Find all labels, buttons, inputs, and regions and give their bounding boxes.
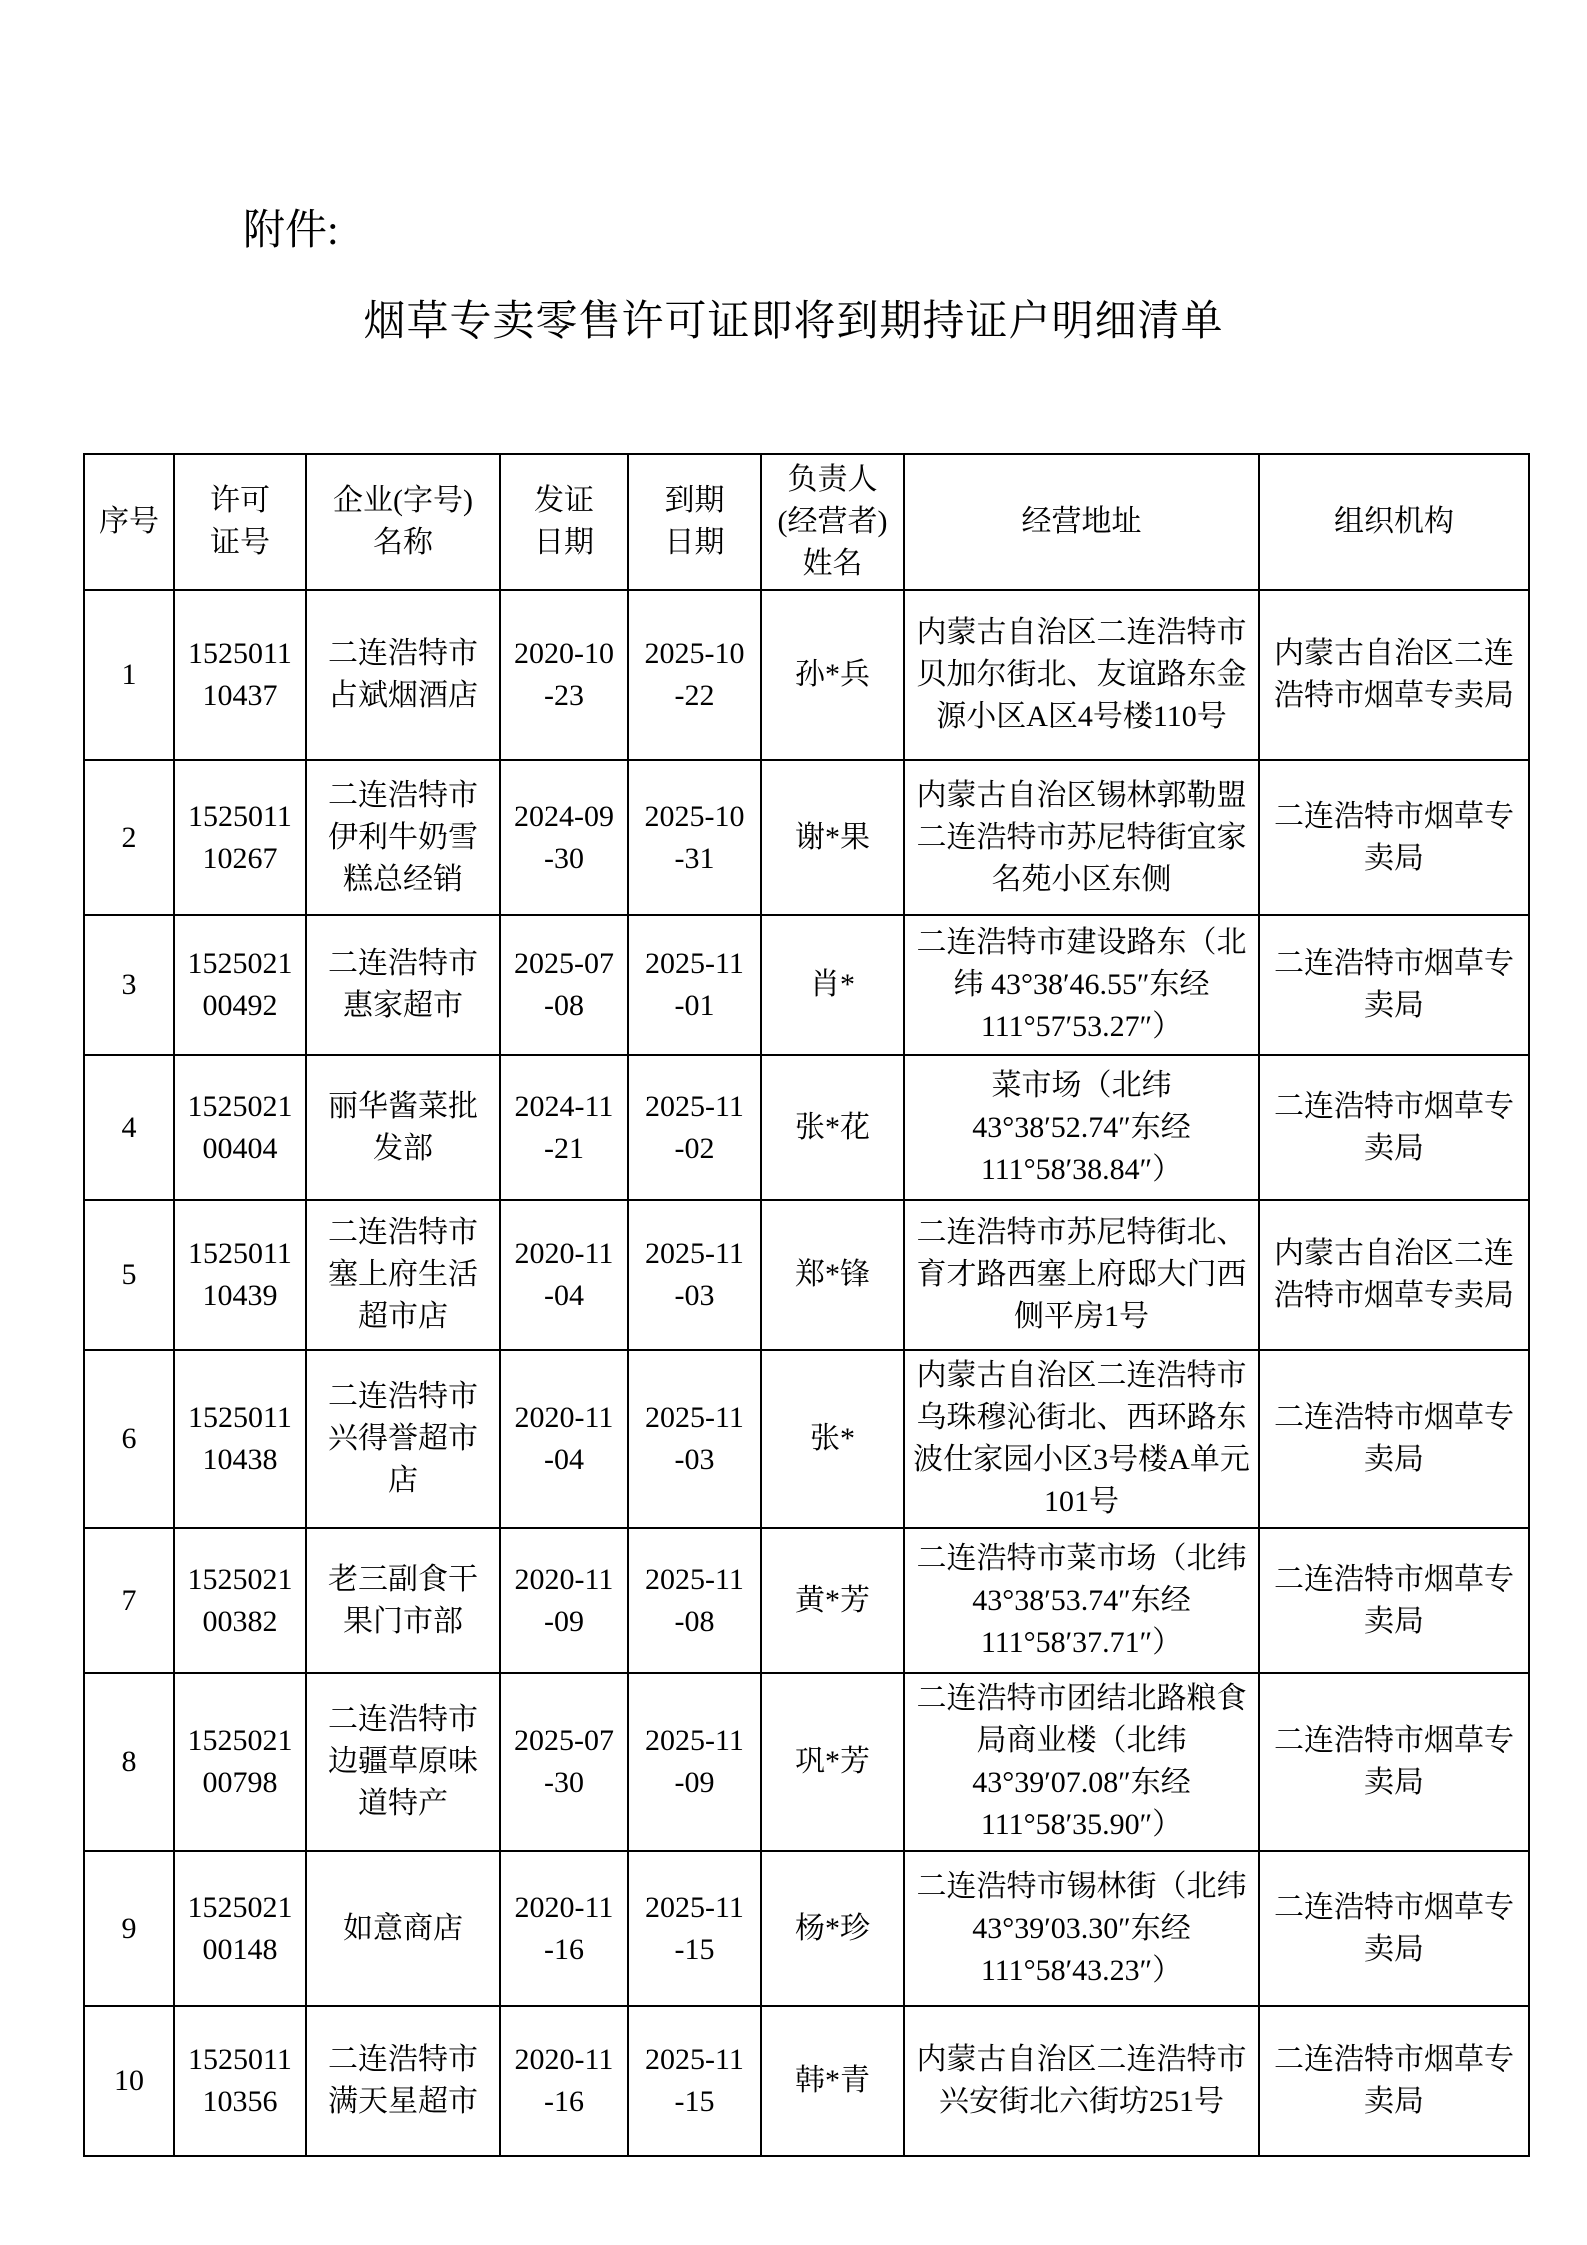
col-header-address: 经营地址 bbox=[904, 454, 1259, 590]
cell-license: 1525021 00798 bbox=[174, 1673, 306, 1851]
cell-expiry_date: 2025-11 -15 bbox=[628, 1851, 761, 2006]
cell-org: 二连浩特市烟草专卖局 bbox=[1259, 1055, 1529, 1200]
cell-org: 二连浩特市烟草专卖局 bbox=[1259, 915, 1529, 1055]
cell-issue_date: 2020-11 -09 bbox=[500, 1528, 628, 1673]
cell-org: 二连浩特市烟草专卖局 bbox=[1259, 1851, 1529, 2006]
cell-seq: 1 bbox=[84, 590, 174, 760]
table-row: 81525021 00798二连浩特市边疆草原味道特产2025-07 -3020… bbox=[84, 1673, 1529, 1851]
cell-license: 1525021 00404 bbox=[174, 1055, 306, 1200]
cell-address: 二连浩特市建设路东（北纬 43°38′46.55″东经 111°57′53.27… bbox=[904, 915, 1259, 1055]
cell-address: 二连浩特市苏尼特街北、育才路西塞上府邸大门西侧平房1号 bbox=[904, 1200, 1259, 1350]
cell-issue_date: 2020-11 -04 bbox=[500, 1350, 628, 1528]
cell-seq: 9 bbox=[84, 1851, 174, 2006]
cell-seq: 4 bbox=[84, 1055, 174, 1200]
cell-name: 老三副食干果门市部 bbox=[306, 1528, 500, 1673]
cell-name: 二连浩特市兴得誉超市店 bbox=[306, 1350, 500, 1528]
col-header-issue_date: 发证 日期 bbox=[500, 454, 628, 590]
cell-license: 1525011 10439 bbox=[174, 1200, 306, 1350]
cell-manager: 孙*兵 bbox=[761, 590, 904, 760]
cell-seq: 8 bbox=[84, 1673, 174, 1851]
cell-address: 菜市场（北纬 43°38′52.74″东经 111°58′38.84″） bbox=[904, 1055, 1259, 1200]
cell-manager: 巩*芳 bbox=[761, 1673, 904, 1851]
license-table: 序号许可 证号企业(字号) 名称发证 日期到期 日期负责人 (经营者) 姓名经营… bbox=[83, 453, 1530, 2157]
table-row: 91525021 00148如意商店2020-11 -162025-11 -15… bbox=[84, 1851, 1529, 2006]
col-header-org: 组织机构 bbox=[1259, 454, 1529, 590]
cell-seq: 7 bbox=[84, 1528, 174, 1673]
table-row: 41525021 00404丽华酱菜批发部2024-11 -212025-11 … bbox=[84, 1055, 1529, 1200]
table-row: 51525011 10439二连浩特市塞上府生活超市店2020-11 -0420… bbox=[84, 1200, 1529, 1350]
cell-manager: 黄*芳 bbox=[761, 1528, 904, 1673]
cell-license: 1525011 10438 bbox=[174, 1350, 306, 1528]
cell-expiry_date: 2025-11 -08 bbox=[628, 1528, 761, 1673]
cell-issue_date: 2025-07 -30 bbox=[500, 1673, 628, 1851]
table-row: 11525011 10437二连浩特市占斌烟酒店2020-10 -232025-… bbox=[84, 590, 1529, 760]
cell-manager: 郑*锋 bbox=[761, 1200, 904, 1350]
cell-name: 丽华酱菜批发部 bbox=[306, 1055, 500, 1200]
cell-license: 1525021 00148 bbox=[174, 1851, 306, 2006]
cell-expiry_date: 2025-11 -03 bbox=[628, 1350, 761, 1528]
cell-expiry_date: 2025-11 -03 bbox=[628, 1200, 761, 1350]
cell-seq: 2 bbox=[84, 760, 174, 915]
page-title: 烟草专卖零售许可证即将到期持证户明细清单 bbox=[0, 288, 1587, 348]
cell-seq: 3 bbox=[84, 915, 174, 1055]
cell-license: 1525011 10356 bbox=[174, 2006, 306, 2156]
cell-issue_date: 2020-11 -04 bbox=[500, 1200, 628, 1350]
table-header-row: 序号许可 证号企业(字号) 名称发证 日期到期 日期负责人 (经营者) 姓名经营… bbox=[84, 454, 1529, 590]
col-header-manager: 负责人 (经营者) 姓名 bbox=[761, 454, 904, 590]
cell-seq: 6 bbox=[84, 1350, 174, 1528]
col-header-expiry_date: 到期 日期 bbox=[628, 454, 761, 590]
cell-org: 内蒙古自治区二连浩特市烟草专卖局 bbox=[1259, 590, 1529, 760]
cell-manager: 张* bbox=[761, 1350, 904, 1528]
cell-seq: 5 bbox=[84, 1200, 174, 1350]
cell-issue_date: 2024-11 -21 bbox=[500, 1055, 628, 1200]
table-row: 21525011 10267二连浩特市伊利牛奶雪糕总经销2024-09 -302… bbox=[84, 760, 1529, 915]
cell-address: 内蒙古自治区二连浩特市乌珠穆沁街北、西环路东波仕家园小区3号楼A单元101号 bbox=[904, 1350, 1259, 1528]
table-row: 31525021 00492二连浩特市惠家超市2025-07 -082025-1… bbox=[84, 915, 1529, 1055]
cell-issue_date: 2020-11 -16 bbox=[500, 2006, 628, 2156]
cell-address: 二连浩特市锡林街（北纬 43°39′03.30″东经 111°58′43.23″… bbox=[904, 1851, 1259, 2006]
cell-issue_date: 2020-11 -16 bbox=[500, 1851, 628, 2006]
cell-name: 二连浩特市占斌烟酒店 bbox=[306, 590, 500, 760]
cell-name: 二连浩特市惠家超市 bbox=[306, 915, 500, 1055]
cell-manager: 谢*果 bbox=[761, 760, 904, 915]
cell-issue_date: 2025-07 -08 bbox=[500, 915, 628, 1055]
cell-issue_date: 2020-10 -23 bbox=[500, 590, 628, 760]
cell-manager: 张*花 bbox=[761, 1055, 904, 1200]
cell-manager: 韩*青 bbox=[761, 2006, 904, 2156]
cell-address: 内蒙古自治区二连浩特市兴安街北六街坊251号 bbox=[904, 2006, 1259, 2156]
cell-issue_date: 2024-09 -30 bbox=[500, 760, 628, 915]
cell-org: 二连浩特市烟草专卖局 bbox=[1259, 1673, 1529, 1851]
table-row: 71525021 00382老三副食干果门市部2020-11 -092025-1… bbox=[84, 1528, 1529, 1673]
cell-org: 内蒙古自治区二连浩特市烟草专卖局 bbox=[1259, 1200, 1529, 1350]
cell-expiry_date: 2025-10 -31 bbox=[628, 760, 761, 915]
cell-org: 二连浩特市烟草专卖局 bbox=[1259, 2006, 1529, 2156]
cell-name: 二连浩特市边疆草原味道特产 bbox=[306, 1673, 500, 1851]
cell-license: 1525011 10267 bbox=[174, 760, 306, 915]
cell-expiry_date: 2025-11 -09 bbox=[628, 1673, 761, 1851]
cell-expiry_date: 2025-10 -22 bbox=[628, 590, 761, 760]
cell-license: 1525011 10437 bbox=[174, 590, 306, 760]
document-page: { "page": { "attachment_label": "附件:", "… bbox=[0, 0, 1587, 2245]
cell-manager: 肖* bbox=[761, 915, 904, 1055]
table-row: 101525011 10356二连浩特市满天星超市2020-11 -162025… bbox=[84, 2006, 1529, 2156]
cell-license: 1525021 00492 bbox=[174, 915, 306, 1055]
cell-seq: 10 bbox=[84, 2006, 174, 2156]
cell-expiry_date: 2025-11 -15 bbox=[628, 2006, 761, 2156]
col-header-seq: 序号 bbox=[84, 454, 174, 590]
cell-address: 内蒙古自治区二连浩特市贝加尔街北、友谊路东金源小区A区4号楼110号 bbox=[904, 590, 1259, 760]
cell-name: 二连浩特市满天星超市 bbox=[306, 2006, 500, 2156]
cell-license: 1525021 00382 bbox=[174, 1528, 306, 1673]
cell-manager: 杨*珍 bbox=[761, 1851, 904, 2006]
cell-address: 二连浩特市菜市场（北纬 43°38′53.74″东经 111°58′37.71″… bbox=[904, 1528, 1259, 1673]
cell-org: 二连浩特市烟草专卖局 bbox=[1259, 1350, 1529, 1528]
cell-name: 如意商店 bbox=[306, 1851, 500, 2006]
table-body: 11525011 10437二连浩特市占斌烟酒店2020-10 -232025-… bbox=[84, 590, 1529, 2156]
cell-address: 内蒙古自治区锡林郭勒盟二连浩特市苏尼特街宜家名苑小区东侧 bbox=[904, 760, 1259, 915]
col-header-license: 许可 证号 bbox=[174, 454, 306, 590]
attachment-label: 附件: bbox=[243, 206, 339, 256]
cell-expiry_date: 2025-11 -02 bbox=[628, 1055, 761, 1200]
cell-org: 二连浩特市烟草专卖局 bbox=[1259, 760, 1529, 915]
cell-name: 二连浩特市塞上府生活超市店 bbox=[306, 1200, 500, 1350]
cell-expiry_date: 2025-11 -01 bbox=[628, 915, 761, 1055]
cell-org: 二连浩特市烟草专卖局 bbox=[1259, 1528, 1529, 1673]
table-row: 61525011 10438二连浩特市兴得誉超市店2020-11 -042025… bbox=[84, 1350, 1529, 1528]
cell-address: 二连浩特市团结北路粮食局商业楼（北纬 43°39′07.08″东经 111°58… bbox=[904, 1673, 1259, 1851]
col-header-name: 企业(字号) 名称 bbox=[306, 454, 500, 590]
cell-name: 二连浩特市伊利牛奶雪糕总经销 bbox=[306, 760, 500, 915]
